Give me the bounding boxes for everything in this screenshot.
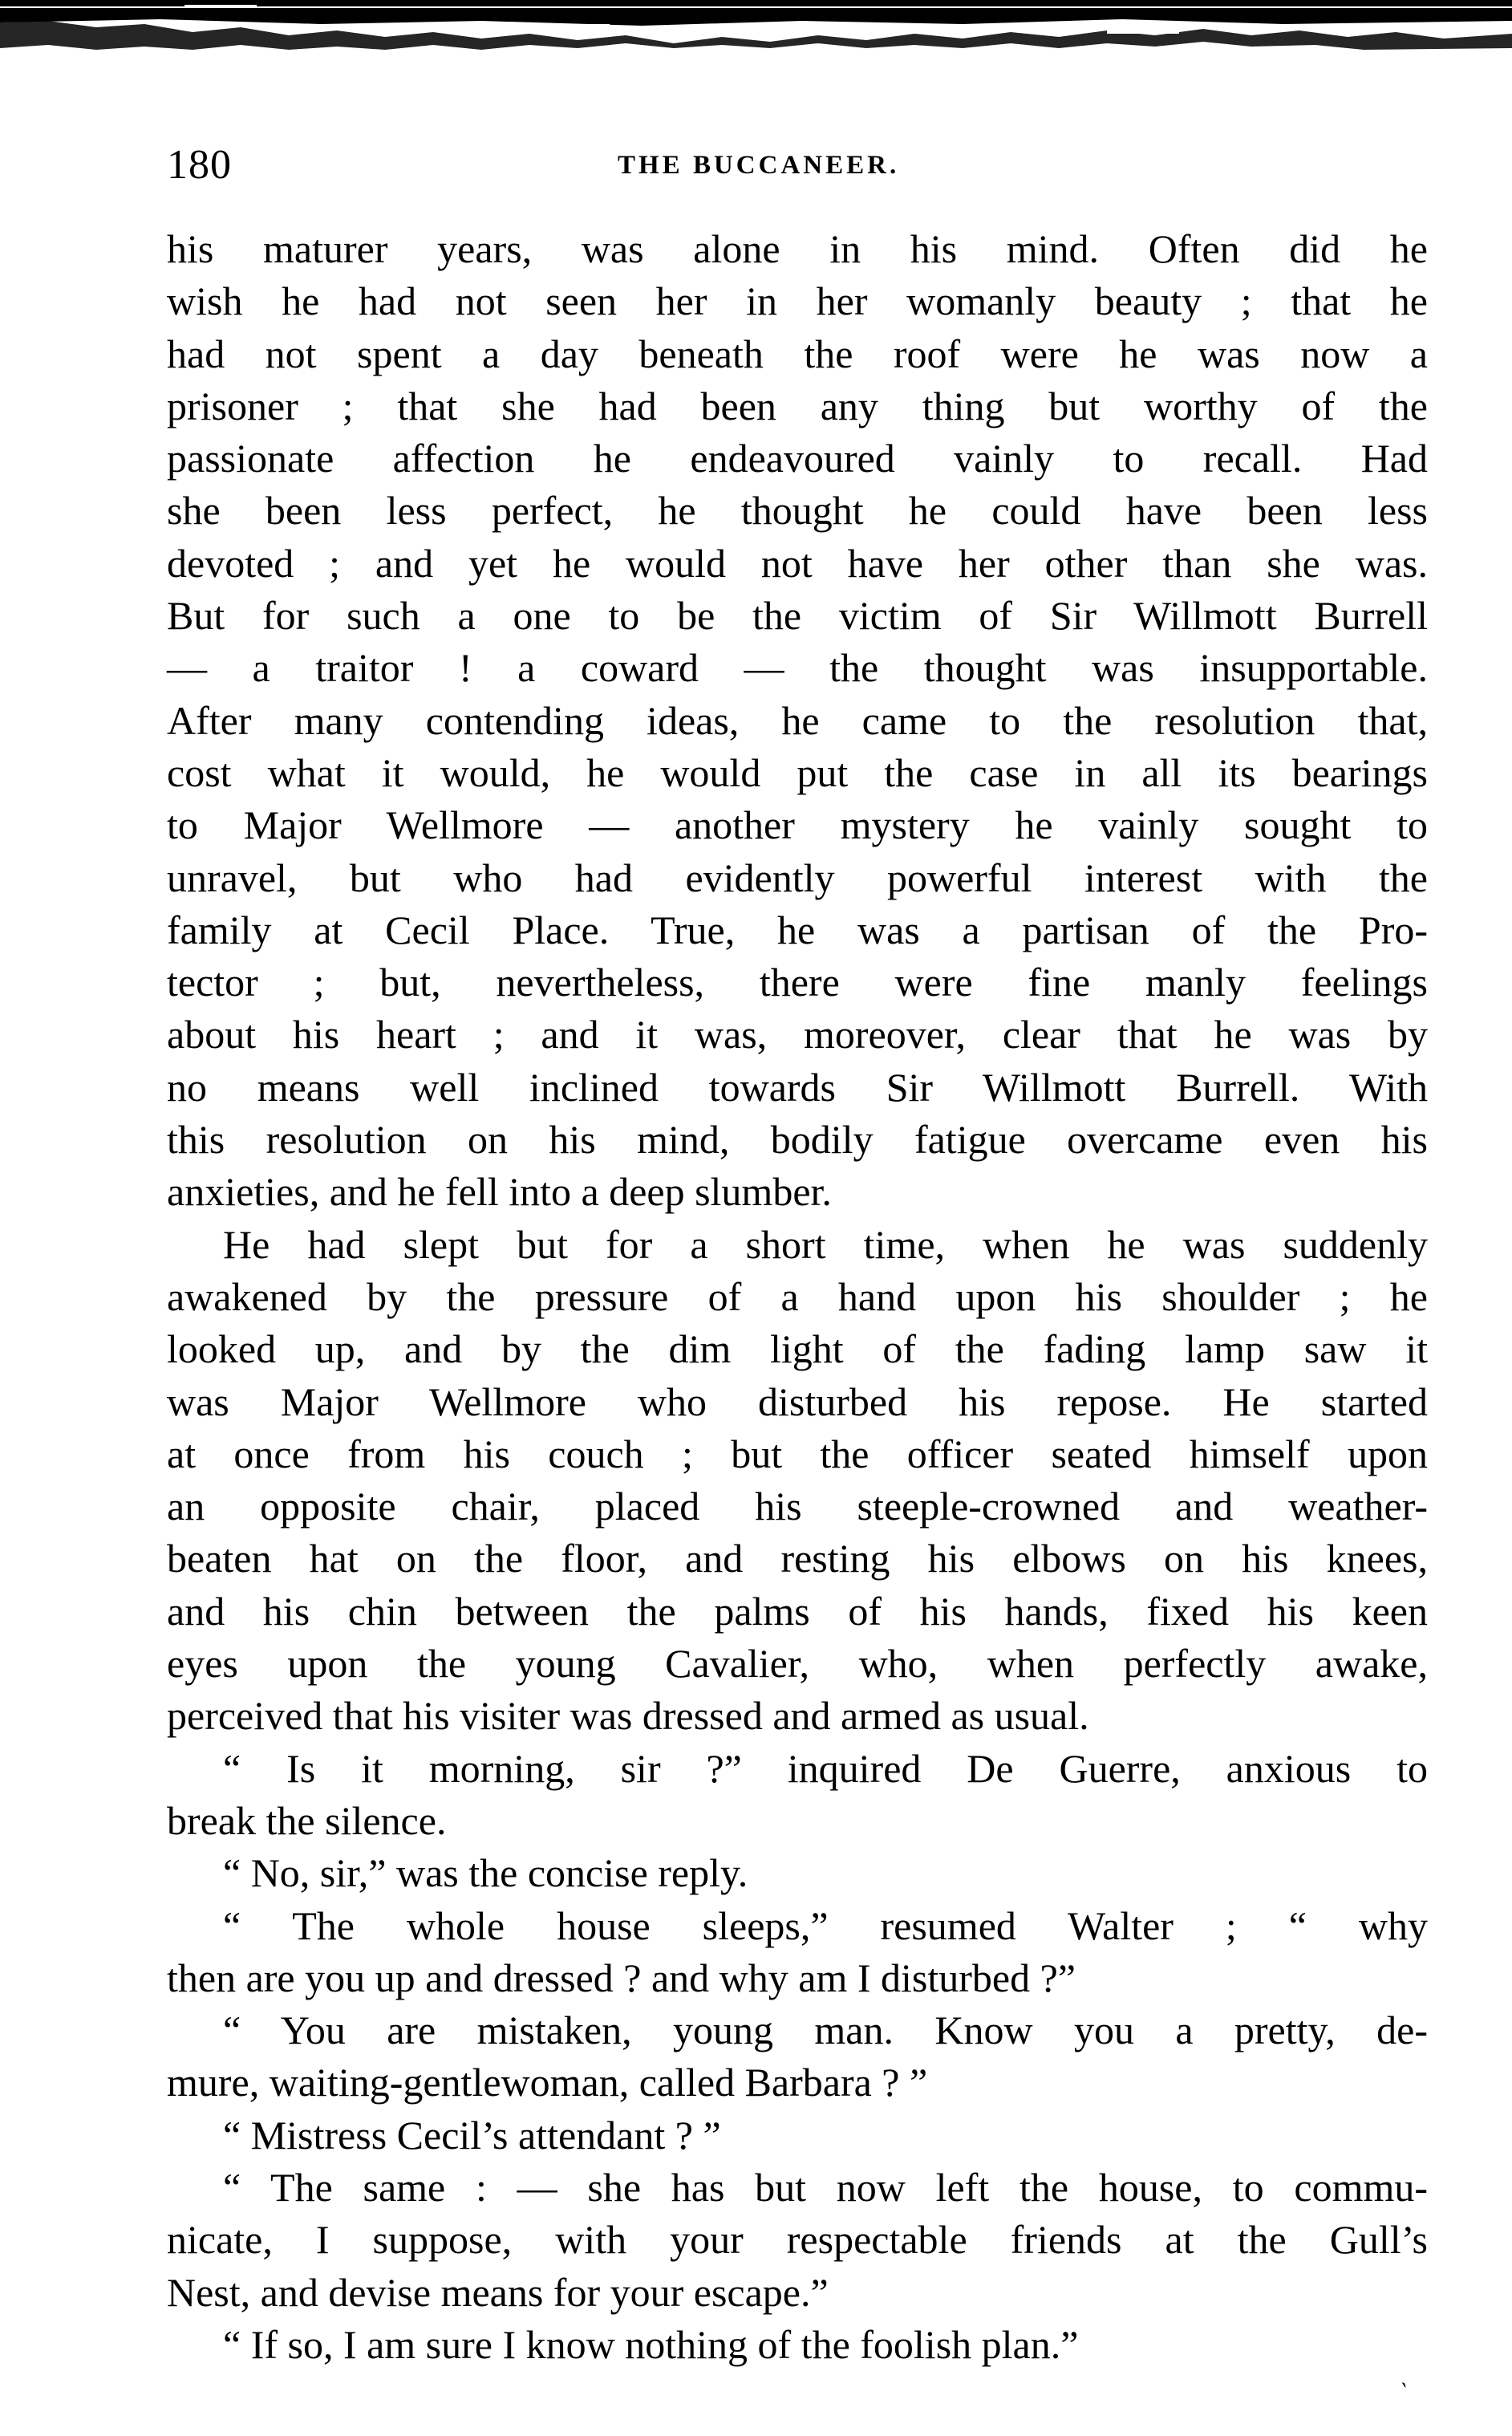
text-line: she been less perfect, he thought he cou…: [167, 485, 1428, 537]
text-line: awakened by the pressure of a hand upon …: [167, 1271, 1428, 1323]
text-line: “ The same : — she has but now left the …: [167, 2162, 1428, 2214]
text-line: “ No, sir,” was the concise reply.: [167, 1847, 1428, 1899]
scan-artifact-band: [0, 0, 1512, 51]
text-line: had not spent a day beneath the roof wer…: [167, 328, 1428, 380]
text-line: looked up, and by the dim light of the f…: [167, 1323, 1428, 1375]
text-line: “ Is it morning, sir ?” inquired De Guer…: [167, 1743, 1428, 1795]
text-line: But for such a one to be the victim of S…: [167, 590, 1428, 642]
text-line: this resolution on his mind, bodily fati…: [167, 1114, 1428, 1166]
text-line: family at Cecil Place. True, he was a pa…: [167, 904, 1428, 956]
text-line: prisoner ; that she had been any thing b…: [167, 380, 1428, 432]
text-line: then are you up and dressed ? and why am…: [167, 1952, 1428, 2004]
text-line: wish he had not seen her in her womanly …: [167, 275, 1428, 327]
text-line: anxieties, and he fell into a deep slumb…: [167, 1166, 1428, 1218]
text-line: unravel, but who had evidently powerful …: [167, 852, 1428, 904]
text-line: about his heart ; and it was, moreover, …: [167, 1009, 1428, 1061]
text-line: devoted ; and yet he would not have her …: [167, 538, 1428, 590]
running-header: 180 THE BUCCANEER.: [167, 141, 1428, 189]
text-line: was Major Wellmore who disturbed his rep…: [167, 1376, 1428, 1428]
body-text: his maturer years, was alone in his mind…: [167, 223, 1428, 2371]
text-line: cost what it would, he would put the cas…: [167, 747, 1428, 799]
text-line: He had slept but for a short time, when …: [167, 1219, 1428, 1271]
running-title: THE BUCCANEER.: [618, 146, 899, 185]
text-line: eyes upon the young Cavalier, who, when …: [167, 1638, 1428, 1690]
text-line: mure, waiting-gentlewoman, called Barbar…: [167, 2056, 1428, 2109]
text-line: “ If so, I am sure I know nothing of the…: [167, 2319, 1428, 2371]
text-line: beaten hat on the floor, and resting his…: [167, 1533, 1428, 1585]
text-line: — a traitor ! a coward — the thought was…: [167, 642, 1428, 694]
text-line: to Major Wellmore — another mystery he v…: [167, 799, 1428, 851]
text-line: no means well inclined towards Sir Willm…: [167, 1062, 1428, 1114]
scan-noise-graphic: [0, 0, 1512, 51]
text-line: passionate affection he endeavoured vain…: [167, 432, 1428, 485]
text-line: at once from his couch ; but the officer…: [167, 1428, 1428, 1480]
text-line: “ Mistress Cecil’s attendant ? ”: [167, 2109, 1428, 2162]
text-line: tector ; but, nevertheless, there were f…: [167, 956, 1428, 1009]
text-line: “ You are mistaken, young man. Know you …: [167, 2004, 1428, 2056]
text-line: After many contending ideas, he came to …: [167, 695, 1428, 747]
text-line: “ The whole house sleeps,” resumed Walte…: [167, 1900, 1428, 1952]
text-line: Nest, and devise means for your escape.”: [167, 2267, 1428, 2319]
text-line: perceived that his visiter was dressed a…: [167, 1690, 1428, 1742]
text-line: and his chin between the palms of his ha…: [167, 1585, 1428, 1638]
text-line: his maturer years, was alone in his mind…: [167, 223, 1428, 275]
text-line: break the silence.: [167, 1795, 1428, 1847]
page-number: 180: [167, 141, 232, 189]
text-line: an opposite chair, placed his steeple-cr…: [167, 1480, 1428, 1533]
text-line: nicate, I suppose, with your respectable…: [167, 2214, 1428, 2266]
